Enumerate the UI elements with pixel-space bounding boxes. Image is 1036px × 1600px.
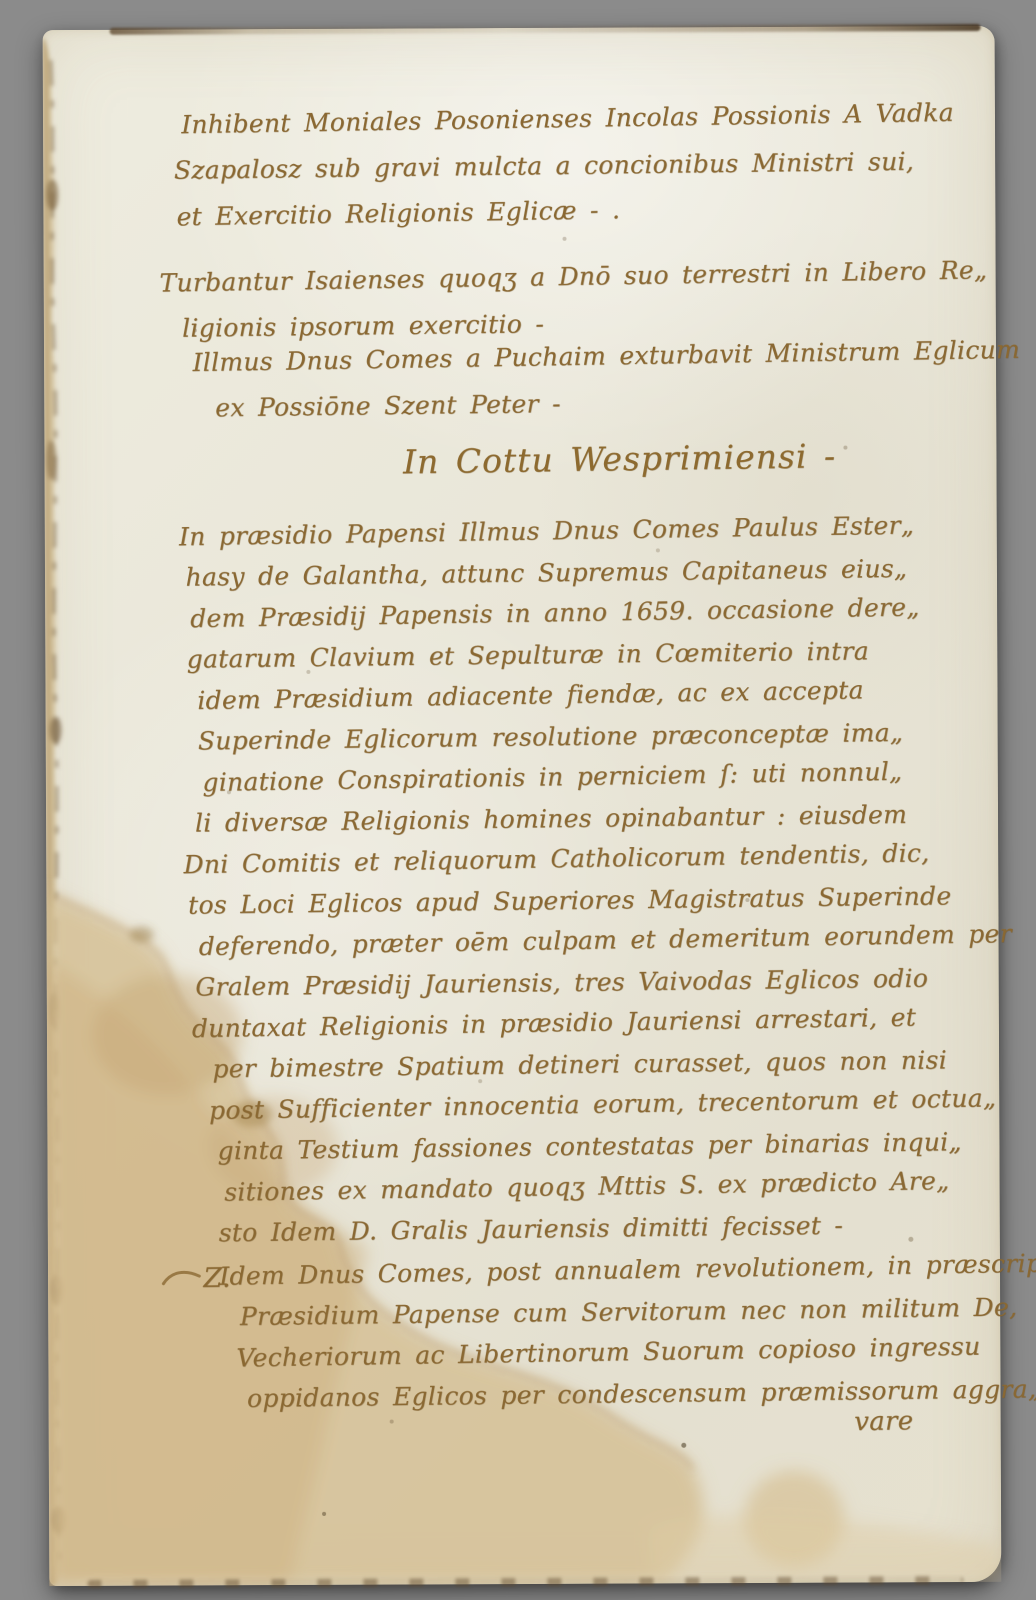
paragraph-1: Inhibent Moniales Posonienses Incolas Po… bbox=[173, 90, 985, 239]
paragraph-4: In præsidio Papensi Illmus Dnus Comes Pa… bbox=[179, 504, 999, 1253]
marginal-mark: Z. bbox=[161, 1257, 240, 1298]
manuscript-page: Inhibent Moniales Posonienses Incolas Po… bbox=[43, 26, 1002, 1586]
flourish-icon bbox=[161, 1267, 201, 1290]
marginal-mark-label: Z. bbox=[203, 1257, 231, 1298]
paragraph-3: Illmus Dnus Comes a Puchaim exturbavit M… bbox=[176, 328, 987, 431]
paper-specks bbox=[43, 30, 45, 32]
text-line-content: Idem Dnus Comes, post annualem revolutio… bbox=[219, 1248, 1036, 1291]
handwritten-text: Inhibent Moniales Posonienses Incolas Po… bbox=[173, 90, 1002, 1452]
section-heading: In Cottu Wesprimiensi - bbox=[403, 428, 989, 488]
text-line: ex Possiōne Szent Peter - bbox=[215, 376, 988, 431]
deckle-binding-edge bbox=[43, 30, 96, 1586]
paragraph-5: Z. Idem Dnus Comes, post annualem revolu… bbox=[189, 1244, 1001, 1419]
manuscript-scan-background: Inhibent Moniales Posonienses Incolas Po… bbox=[0, 0, 1036, 1600]
